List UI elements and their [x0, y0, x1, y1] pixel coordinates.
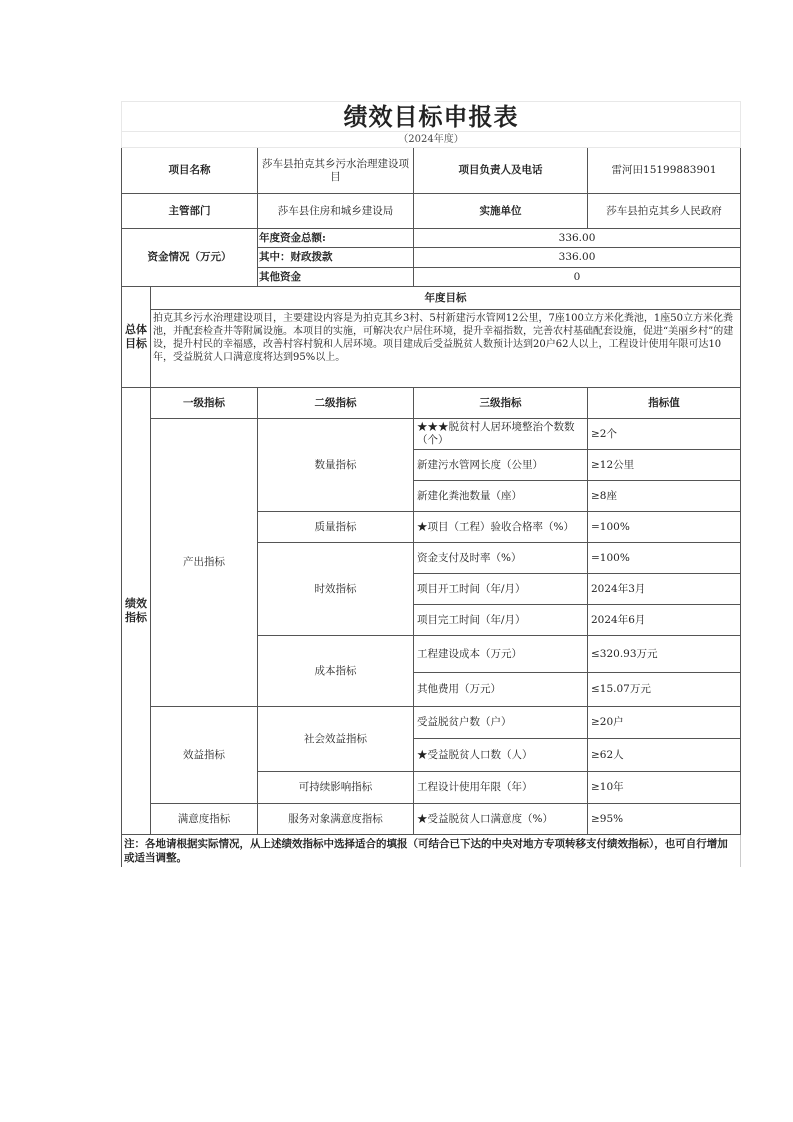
contact-label: 项目负责人及电话: [414, 148, 588, 194]
indicator-value: =100%: [588, 543, 741, 574]
indicator-name: ★受益脱贫人口数（人）: [414, 739, 588, 772]
indicator-value: ≥20户: [588, 707, 741, 739]
header-value: 指标值: [588, 388, 741, 419]
funding-total-value: 336.00: [414, 229, 741, 248]
performance-goal-form: 绩效目标申报表 （2024年度） 项目名称 莎车县拍克其乡污水治理建设项目 项目…: [121, 101, 740, 867]
indicator-value: =100%: [588, 512, 741, 543]
indicator-name: 其他费用（万元）: [414, 673, 588, 707]
level2-service-satisfaction: 服务对象满意度指标: [258, 804, 414, 835]
funding-other-label: 其他资金: [258, 268, 414, 287]
document-year: （2024年度）: [122, 132, 741, 148]
indicator-value: ≥8座: [588, 481, 741, 512]
indicator-name: ★受益脱贫人口满意度（%）: [414, 804, 588, 835]
footnote: 注：各地请根据实际情况，从上述绩效指标中选择适合的填报（可结合已下达的中央对地方…: [122, 835, 741, 868]
indicator-name: ★项目（工程）验收合格率（%）: [414, 512, 588, 543]
level1-satisfaction: 满意度指标: [151, 804, 258, 835]
indicator-name: 工程建设成本（万元）: [414, 636, 588, 673]
indicator-value: 2024年6月: [588, 605, 741, 636]
document-title: 绩效目标申报表: [122, 102, 741, 132]
dept-value: 莎车县住房和城乡建设局: [258, 194, 414, 229]
indicator-name: 工程设计使用年限（年）: [414, 772, 588, 804]
level1-benefit: 效益指标: [151, 707, 258, 804]
level2-quantity: 数量指标: [258, 419, 414, 512]
annual-goal-text: 拍克其乡污水治理建设项目，主要建设内容是为拍克其乡3村、5村新建污水管网12公里…: [151, 310, 741, 388]
impl-unit-label: 实施单位: [414, 194, 588, 229]
funding-fiscal-label: 其中：财政拨款: [258, 248, 414, 268]
funding-other-value: 0: [414, 268, 741, 287]
indicator-name: 新建化粪池数量（座）: [414, 481, 588, 512]
indicator-value: ≥95%: [588, 804, 741, 835]
indicator-name: ★★★脱贫村人居环境整治个数数（个）: [414, 419, 588, 450]
header-level3: 三级指标: [414, 388, 588, 419]
impl-unit-value: 莎车县拍克其乡人民政府: [588, 194, 741, 229]
indicator-name: 项目完工时间（年/月）: [414, 605, 588, 636]
indicator-value: ≤15.07万元: [588, 673, 741, 707]
form-table: 绩效目标申报表 （2024年度） 项目名称 莎车县拍克其乡污水治理建设项目 项目…: [121, 101, 741, 867]
header-level2: 二级指标: [258, 388, 414, 419]
indicator-value: 2024年3月: [588, 574, 741, 605]
indicator-value: ≤320.93万元: [588, 636, 741, 673]
indicator-name: 资金支付及时率（%）: [414, 543, 588, 574]
funding-fiscal-value: 336.00: [414, 248, 741, 268]
indicator-value: ≥10年: [588, 772, 741, 804]
indicator-name: 受益脱贫户数（户）: [414, 707, 588, 739]
level2-social-benefit: 社会效益指标: [258, 707, 414, 772]
indicator-name: 项目开工时间（年/月）: [414, 574, 588, 605]
indicator-name: 新建污水管网长度（公里）: [414, 450, 588, 481]
project-name-label: 项目名称: [122, 148, 258, 194]
indicator-value: ≥12公里: [588, 450, 741, 481]
indicator-value: ≥62人: [588, 739, 741, 772]
level2-timeliness: 时效指标: [258, 543, 414, 636]
annual-goal-header: 年度目标: [151, 287, 741, 310]
dept-label: 主管部门: [122, 194, 258, 229]
funding-total-label: 年度资金总额:: [258, 229, 414, 248]
level1-output: 产出指标: [151, 419, 258, 707]
level2-quality: 质量指标: [258, 512, 414, 543]
header-level1: 一级指标: [151, 388, 258, 419]
overall-goal-label: 总体目标: [122, 287, 151, 388]
level2-cost: 成本指标: [258, 636, 414, 707]
contact-value: 雷河田15199883901: [588, 148, 741, 194]
level2-sustainability: 可持续影响指标: [258, 772, 414, 804]
indicator-value: ≥2个: [588, 419, 741, 450]
project-name-value: 莎车县拍克其乡污水治理建设项目: [258, 148, 414, 194]
funding-label: 资金情况（万元）: [122, 229, 258, 287]
indicators-label: 绩效指标: [122, 388, 151, 835]
